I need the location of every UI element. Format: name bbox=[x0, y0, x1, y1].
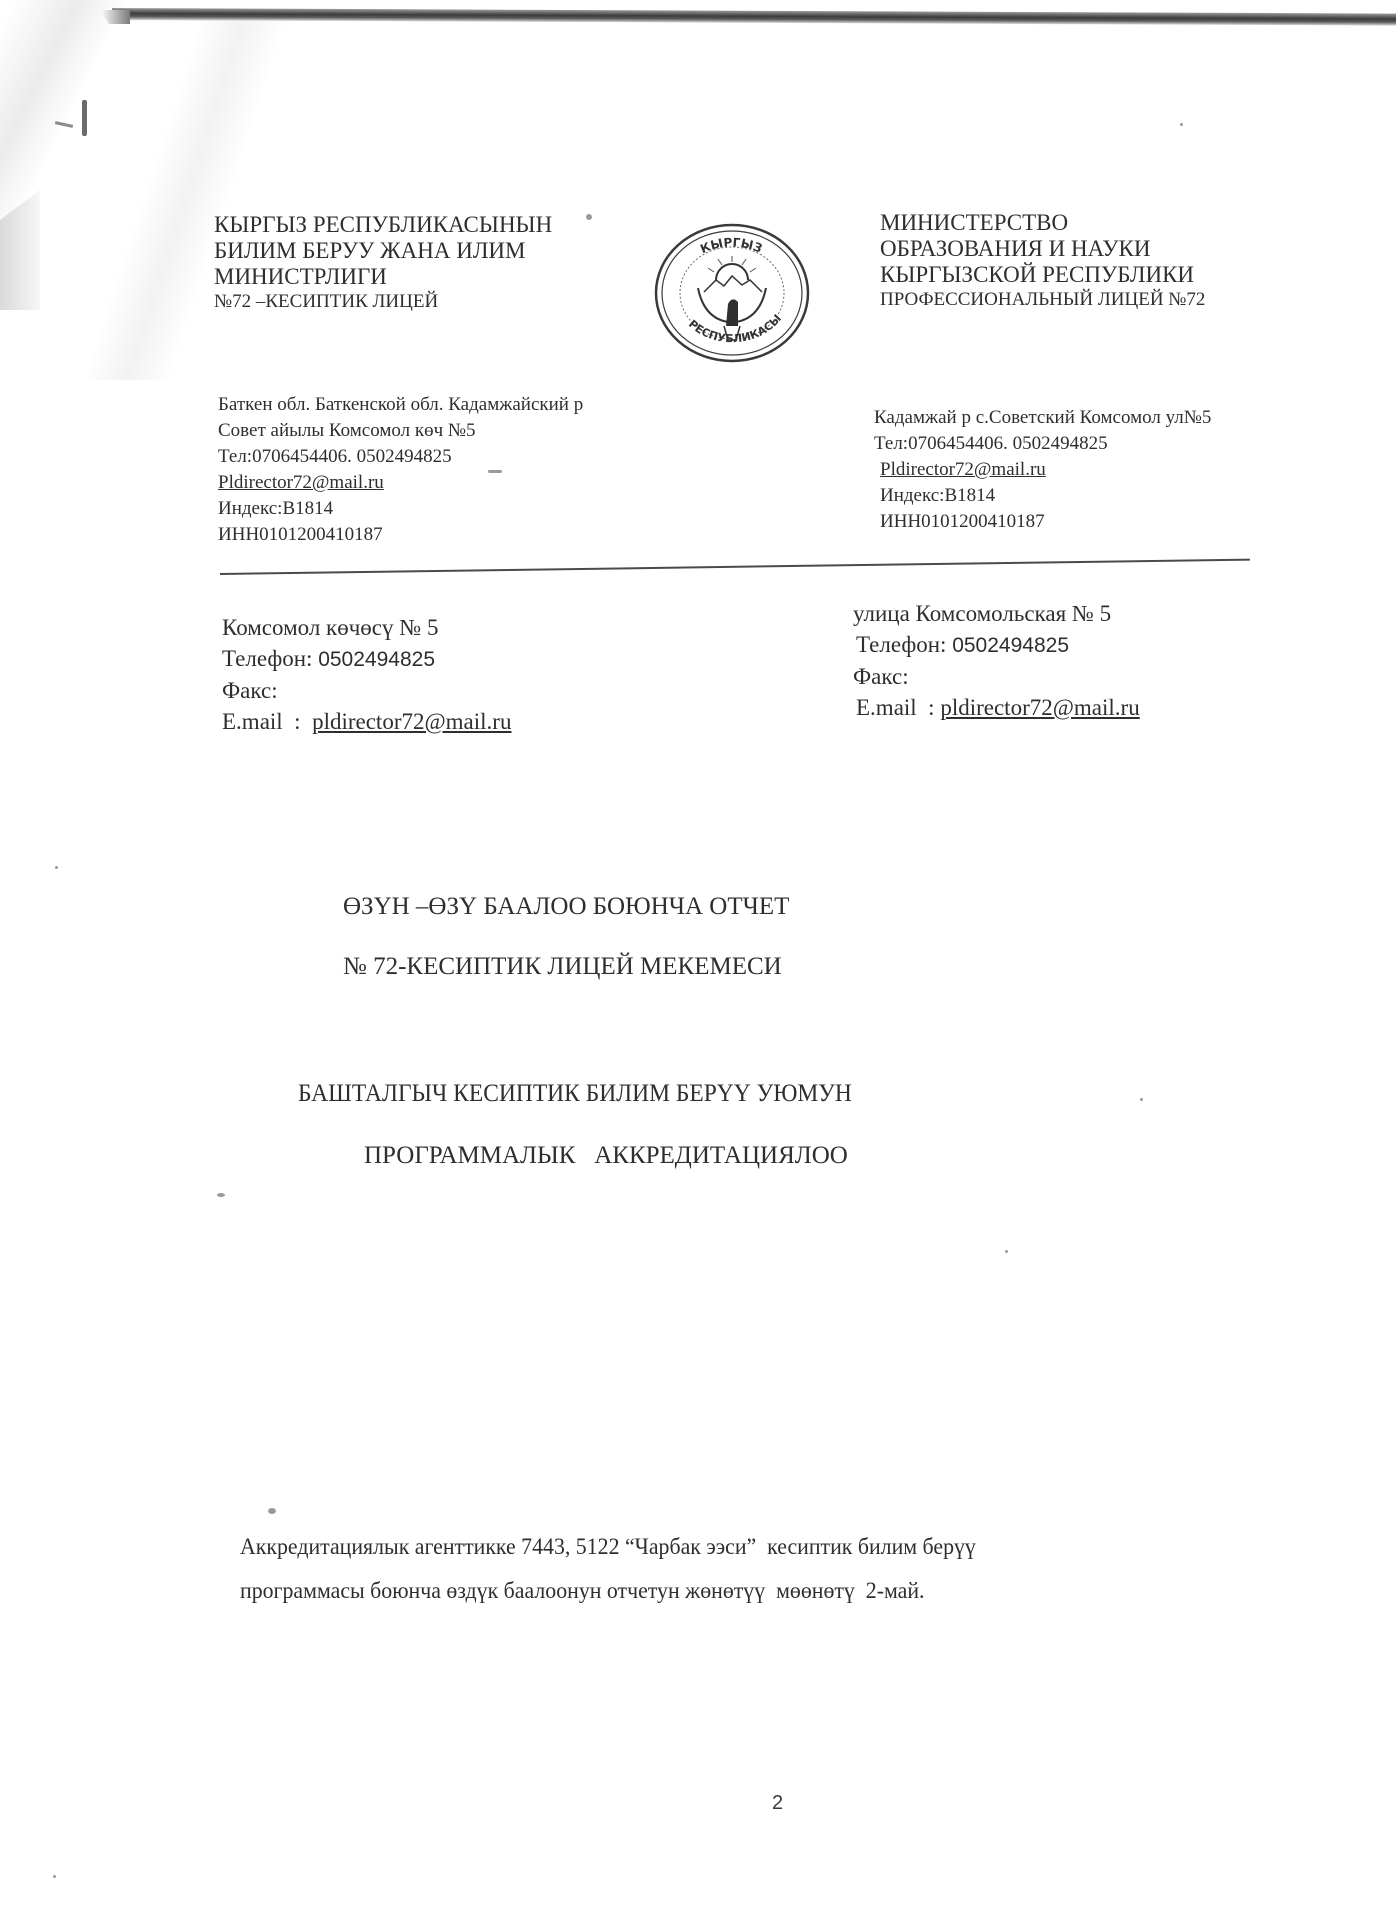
scan-speck bbox=[1180, 123, 1183, 126]
contact-street: улица Комсомольская № 5 bbox=[853, 598, 1140, 629]
header-divider bbox=[220, 559, 1250, 575]
contact-phone-row: Телефон: 0502494825 bbox=[222, 643, 511, 675]
institution-title: № 72-КЕСИПТИК ЛИЦЕЙ МЕКЕМЕСИ bbox=[343, 953, 782, 981]
address-russian: Кадамжай р с.Советский Комсомол ул№5 Тел… bbox=[874, 405, 1211, 535]
header-russian: МИНИСТЕРСТВО ОБРАЗОВАНИЯ И НАУКИ КЫРГЫЗС… bbox=[880, 210, 1205, 312]
address-line-1: Кадамжай р с.Советский Комсомол ул№5 bbox=[874, 405, 1211, 431]
contact-phone-row: Телефон: 0502494825 bbox=[853, 629, 1140, 661]
address-index: Индекс:В1814 bbox=[874, 483, 1211, 509]
contact-fax-label: Факс: bbox=[853, 661, 1140, 692]
address-inn: ИНН0101200410187 bbox=[218, 522, 583, 548]
body-paragraph: Аккредитациялык агенттикке 7443, 5122 “Ч… bbox=[240, 1525, 1152, 1613]
scan-speck bbox=[1140, 1098, 1143, 1101]
contact-russian: улица Комсомольская № 5 Телефон: 0502494… bbox=[853, 598, 1140, 723]
contact-phone: 0502494825 bbox=[952, 634, 1069, 657]
contact-email-row: E.mail : pldirector72@mail.ru bbox=[222, 706, 511, 737]
header-russian-line-3: КЫРГЫЗСКОЙ РЕСПУБЛИКИ bbox=[880, 262, 1205, 288]
contact-phone-label: Телефон: bbox=[222, 646, 318, 671]
contact-email-link[interactable]: pldirector72@mail.ru bbox=[312, 709, 511, 734]
contact-phone: 0502494825 bbox=[318, 648, 435, 671]
scan-speck bbox=[586, 214, 592, 220]
header-kyrgyz-line-3: МИНИСТРЛИГИ bbox=[214, 264, 552, 290]
address-phone: Тел:0706454406. 0502494825 bbox=[874, 431, 1211, 457]
contact-email-label: E.mail : bbox=[222, 709, 312, 734]
program-title: БАШТАЛГЫЧ КЕСИПТИК БИЛИМ БЕРҮҮ УЮМУН bbox=[298, 1080, 852, 1108]
contact-email-row: E.mail : pldirector72@mail.ru bbox=[853, 692, 1140, 723]
kyrgyz-state-emblem-icon: КЫРГЫЗ РЕСПУБЛИКАСЫ bbox=[652, 222, 812, 364]
address-phone: Тел:0706454406. 0502494825 bbox=[218, 444, 583, 470]
body-line-2: программасы боюнча өздүк баалоонун отчет… bbox=[240, 1569, 1152, 1613]
body-line-1: Аккредитациялык агенттикке 7443, 5122 “Ч… bbox=[240, 1525, 1152, 1569]
address-kyrgyz: Баткен обл. Баткенской обл. Кадамжайский… bbox=[218, 392, 583, 548]
header-russian-subtitle: ПРОФЕССИОНАЛЬНЫЙ ЛИЦЕЙ №72 bbox=[880, 288, 1205, 312]
contact-kyrgyz: Комсомол көчөсү № 5 Телефон: 0502494825 … bbox=[222, 612, 511, 737]
header-russian-line-2: ОБРАЗОВАНИЯ И НАУКИ bbox=[880, 236, 1205, 262]
contact-email-label: E.mail : bbox=[856, 695, 940, 720]
address-line-2: Совет айылы Комсомол көч №5 bbox=[218, 418, 583, 444]
contact-street: Комсомол көчөсү № 5 bbox=[222, 612, 511, 643]
report-title: ӨЗҮН –ӨЗҮ БААЛОО БОЮНЧА ОТЧЕТ bbox=[343, 893, 789, 921]
header-kyrgyz-line-1: КЫРГЫЗ РЕСПУБЛИКАСЫНЫН bbox=[214, 212, 552, 238]
scan-speck bbox=[53, 1875, 56, 1878]
scan-speck bbox=[55, 866, 58, 869]
scan-speck bbox=[217, 1193, 225, 1197]
contact-email-link[interactable]: pldirector72@mail.ru bbox=[940, 695, 1139, 720]
address-line-1: Баткен обл. Баткенской обл. Кадамжайский… bbox=[218, 392, 583, 418]
address-inn: ИНН0101200410187 bbox=[874, 509, 1211, 535]
scan-streak bbox=[82, 20, 289, 380]
scan-speck bbox=[268, 1508, 276, 1514]
address-email-link[interactable]: Pldirector72@mail.ru bbox=[874, 457, 1211, 483]
header-kyrgyz-line-2: БИЛИМ БЕРУУ ЖАНА ИЛИМ bbox=[214, 238, 552, 264]
accreditation-title: ПРОГРАММАЛЫК АККРЕДИТАЦИЯЛОО bbox=[364, 1142, 848, 1170]
header-kyrgyz: КЫРГЫЗ РЕСПУБЛИКАСЫНЫН БИЛИМ БЕРУУ ЖАНА … bbox=[214, 212, 552, 314]
svg-text:КЫРГЫЗ: КЫРГЫЗ bbox=[698, 235, 764, 256]
address-index: Индекс:В1814 bbox=[218, 496, 583, 522]
scan-speck bbox=[1005, 1250, 1008, 1253]
scan-top-edge bbox=[112, 8, 1396, 26]
page-number: 2 bbox=[772, 1792, 783, 1815]
contact-phone-label: Телефон: bbox=[856, 632, 952, 657]
contact-fax-label: Факс: bbox=[222, 675, 511, 706]
header-russian-line-1: МИНИСТЕРСТВО bbox=[880, 210, 1205, 236]
header-kyrgyz-subtitle: №72 –КЕСИПТИК ЛИЦЕЙ bbox=[214, 290, 552, 314]
staple-mark bbox=[82, 100, 87, 136]
address-email-link[interactable]: Pldirector72@mail.ru bbox=[218, 470, 583, 496]
